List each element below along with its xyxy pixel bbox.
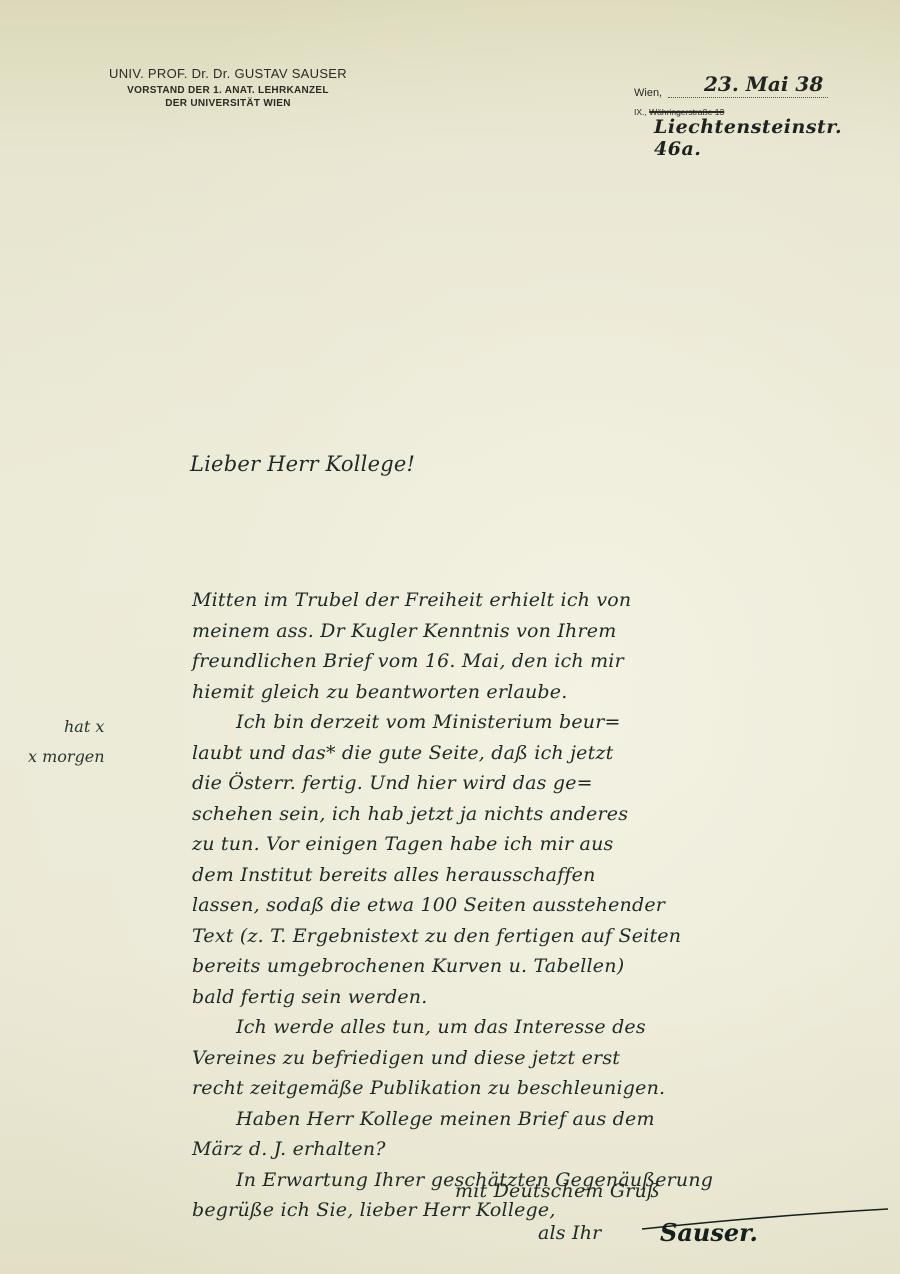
body-line: bald fertig sein werden. bbox=[192, 982, 713, 1013]
place-date-block: Wien, 23. Mai 38 IX., Währingerstraße 13… bbox=[634, 76, 894, 102]
body-line: zu tun. Vor einigen Tagen habe ich mir a… bbox=[192, 829, 713, 860]
margin-note-line: hat x bbox=[28, 712, 105, 742]
body-line: bereits umgebrochenen Kurven u. Tabellen… bbox=[192, 951, 713, 982]
handwritten-date: 23. Mai 38 bbox=[704, 72, 823, 96]
letterhead: UNIV. PROF. Dr. Dr. GUSTAV SAUSER VORSTA… bbox=[58, 66, 398, 110]
body-line: freundlichen Brief vom 16. Mai, den ich … bbox=[192, 646, 713, 677]
district-label: IX., bbox=[634, 107, 647, 117]
letterhead-name: UNIV. PROF. Dr. Dr. GUSTAV SAUSER bbox=[58, 66, 398, 81]
body-line: die Österr. fertig. Und hier wird das ge… bbox=[192, 768, 713, 799]
body-line: dem Institut bereits alles herausschaffe… bbox=[192, 860, 713, 891]
body-line: März d. J. erhalten? bbox=[192, 1134, 713, 1165]
body-line: laubt und das* die gute Seite, daß ich j… bbox=[192, 738, 713, 769]
letter-body: Mitten im Trubel der Freiheit erhielt ic… bbox=[192, 585, 713, 1226]
body-line: Vereines zu befriedigen und diese jetzt … bbox=[192, 1043, 713, 1074]
letterhead-institution: DER UNIVERSITÄT WIEN bbox=[58, 97, 398, 110]
signoff: als Ihr bbox=[538, 1222, 601, 1244]
body-line: Text (z. T. Ergebnistext zu den fertigen… bbox=[192, 921, 713, 952]
body-line: Ich werde alles tun, um das Interesse de… bbox=[192, 1012, 713, 1043]
margin-note-line: x morgen bbox=[28, 742, 105, 772]
handwritten-address: Liechtensteinstr. 46a. bbox=[654, 116, 894, 160]
body-line: lassen, sodaß die etwa 100 Seiten ausste… bbox=[192, 890, 713, 921]
salutation: Lieber Herr Kollege! bbox=[190, 452, 415, 476]
body-line: Ich bin derzeit vom Ministerium beur= bbox=[192, 707, 713, 738]
body-line: schehen sein, ich hab jetzt ja nichts an… bbox=[192, 799, 713, 830]
margin-note: hat x x morgen bbox=[28, 712, 105, 772]
body-line: Haben Herr Kollege meinen Brief aus dem bbox=[192, 1104, 713, 1135]
body-line: meinem ass. Dr Kugler Kenntnis von Ihrem bbox=[192, 616, 713, 647]
letterhead-title: VORSTAND DER 1. ANAT. LEHRKANZEL bbox=[58, 84, 398, 97]
body-line: hiemit gleich zu beantworten erlaube. bbox=[192, 677, 713, 708]
body-line: recht zeitgemäße Publikation zu beschleu… bbox=[192, 1073, 713, 1104]
signature: Sauser. bbox=[660, 1218, 758, 1247]
closing-phrase: mit Deutschem Gruß bbox=[455, 1180, 660, 1202]
city-label: Wien, bbox=[634, 87, 662, 99]
body-line: Mitten im Trubel der Freiheit erhielt ic… bbox=[192, 585, 713, 616]
date-dotted-line bbox=[668, 97, 828, 98]
